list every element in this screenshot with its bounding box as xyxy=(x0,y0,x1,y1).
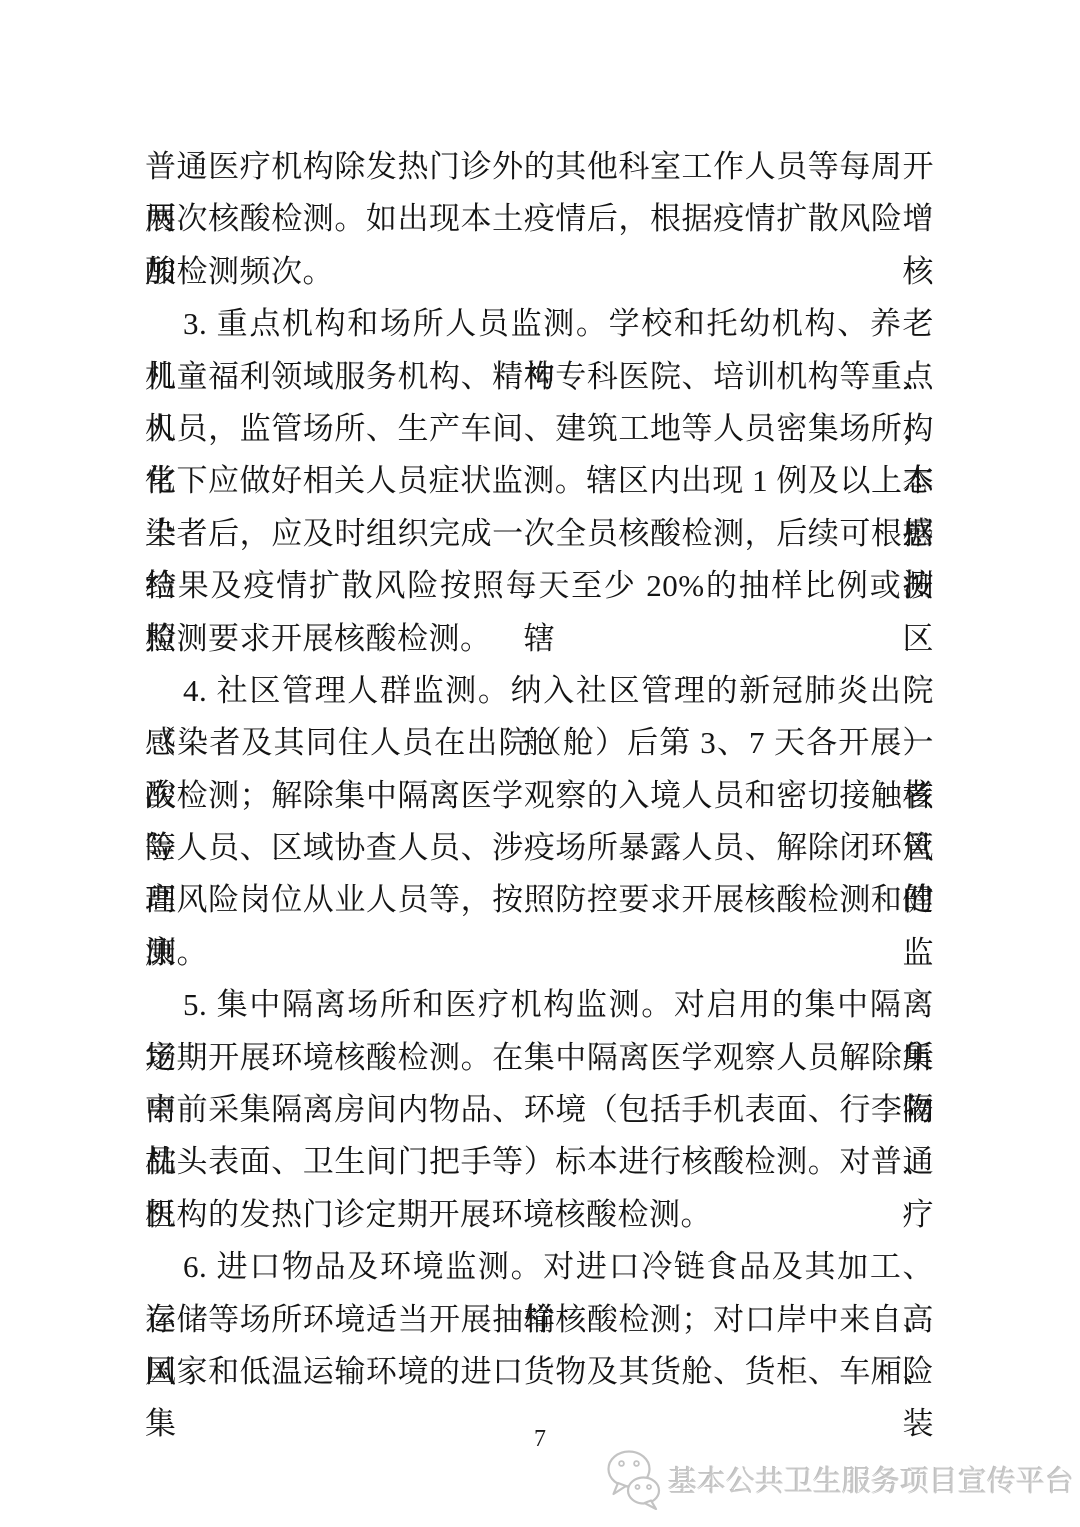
text-line: 5. 集中隔离场所和医疗机构监测。对启用的集中隔离场所 xyxy=(145,979,934,1031)
text-line: 儿童福利领域服务机构、精神专科医院、培训机构等重点机构 xyxy=(145,351,934,403)
text-line: 高风险岗位从业人员等，按照防控要求开展核酸检测和健康监 xyxy=(145,874,934,926)
document-content: 普通医疗机构除发热门诊外的其他科室工作人员等每周开展两次核酸检测。如出现本土疫情… xyxy=(145,141,934,1398)
text-line: 普通医疗机构除发热门诊外的其他科室工作人员等每周开展 xyxy=(145,141,934,193)
text-line: 酸检测；解除集中隔离医学观察的入境人员和密切接触者等风 xyxy=(145,770,934,822)
text-line: 4. 社区管理人群监测。纳入社区管理的新冠肺炎出院（舱） xyxy=(145,665,934,717)
text-line: 险人员、区域协查人员、涉疫场所暴露人员、解除闭环管理的 xyxy=(145,822,934,874)
document-page: 普通医疗机构除发热门诊外的其他科室工作人员等每周开展两次核酸检测。如出现本土疫情… xyxy=(0,0,1080,1527)
watermark: 基本公共卫生服务项目宣传平台 xyxy=(606,1448,1074,1510)
text-line: 3. 重点机构和场所人员监测。学校和托幼机构、养老机构、 xyxy=(145,298,934,350)
wechat-icon xyxy=(606,1448,662,1510)
text-line: 感染者及其同住人员在出院（舱）后第 3、7 天各开展一次核 xyxy=(145,717,934,769)
text-line: 定期开展环境核酸检测。在集中隔离医学观察人员解除集中隔 xyxy=(145,1032,934,1084)
text-line: 结果及疫情扩散风险按照每天至少 20%的抽样比例或按照辖区 xyxy=(145,560,934,612)
text-line: 枕头表面、卫生间门把手等）标本进行核酸检测。对普通医疗 xyxy=(145,1136,934,1188)
watermark-text: 基本公共卫生服务项目宣传平台 xyxy=(668,1459,1074,1500)
text-line: 国家和低温运输环境的进口货物及其货舱、货柜、车厢、集装 xyxy=(145,1346,934,1398)
text-line: 存储等场所环境适当开展抽样核酸检测；对口岸中来自高风险 xyxy=(145,1294,934,1346)
text-line: 6. 进口物品及环境监测。对进口冷链食品及其加工、运输、 xyxy=(145,1241,934,1293)
text-line: 人员，监管场所、生产车间、建筑工地等人员密集场所，常态 xyxy=(145,403,934,455)
text-line: 离前采集隔离房间内物品、环境（包括手机表面、行李物品、 xyxy=(145,1084,934,1136)
text-line: 化下应做好相关人员症状监测。辖区内出现 1 例及以上本土感 xyxy=(145,455,934,507)
text-line: 两次核酸检测。如出现本土疫情后，根据疫情扩散风险增加核 xyxy=(145,193,934,245)
page-number: 7 xyxy=(0,1426,1080,1453)
text-line: 染者后，应及时组织完成一次全员核酸检测，后续可根据检测 xyxy=(145,508,934,560)
